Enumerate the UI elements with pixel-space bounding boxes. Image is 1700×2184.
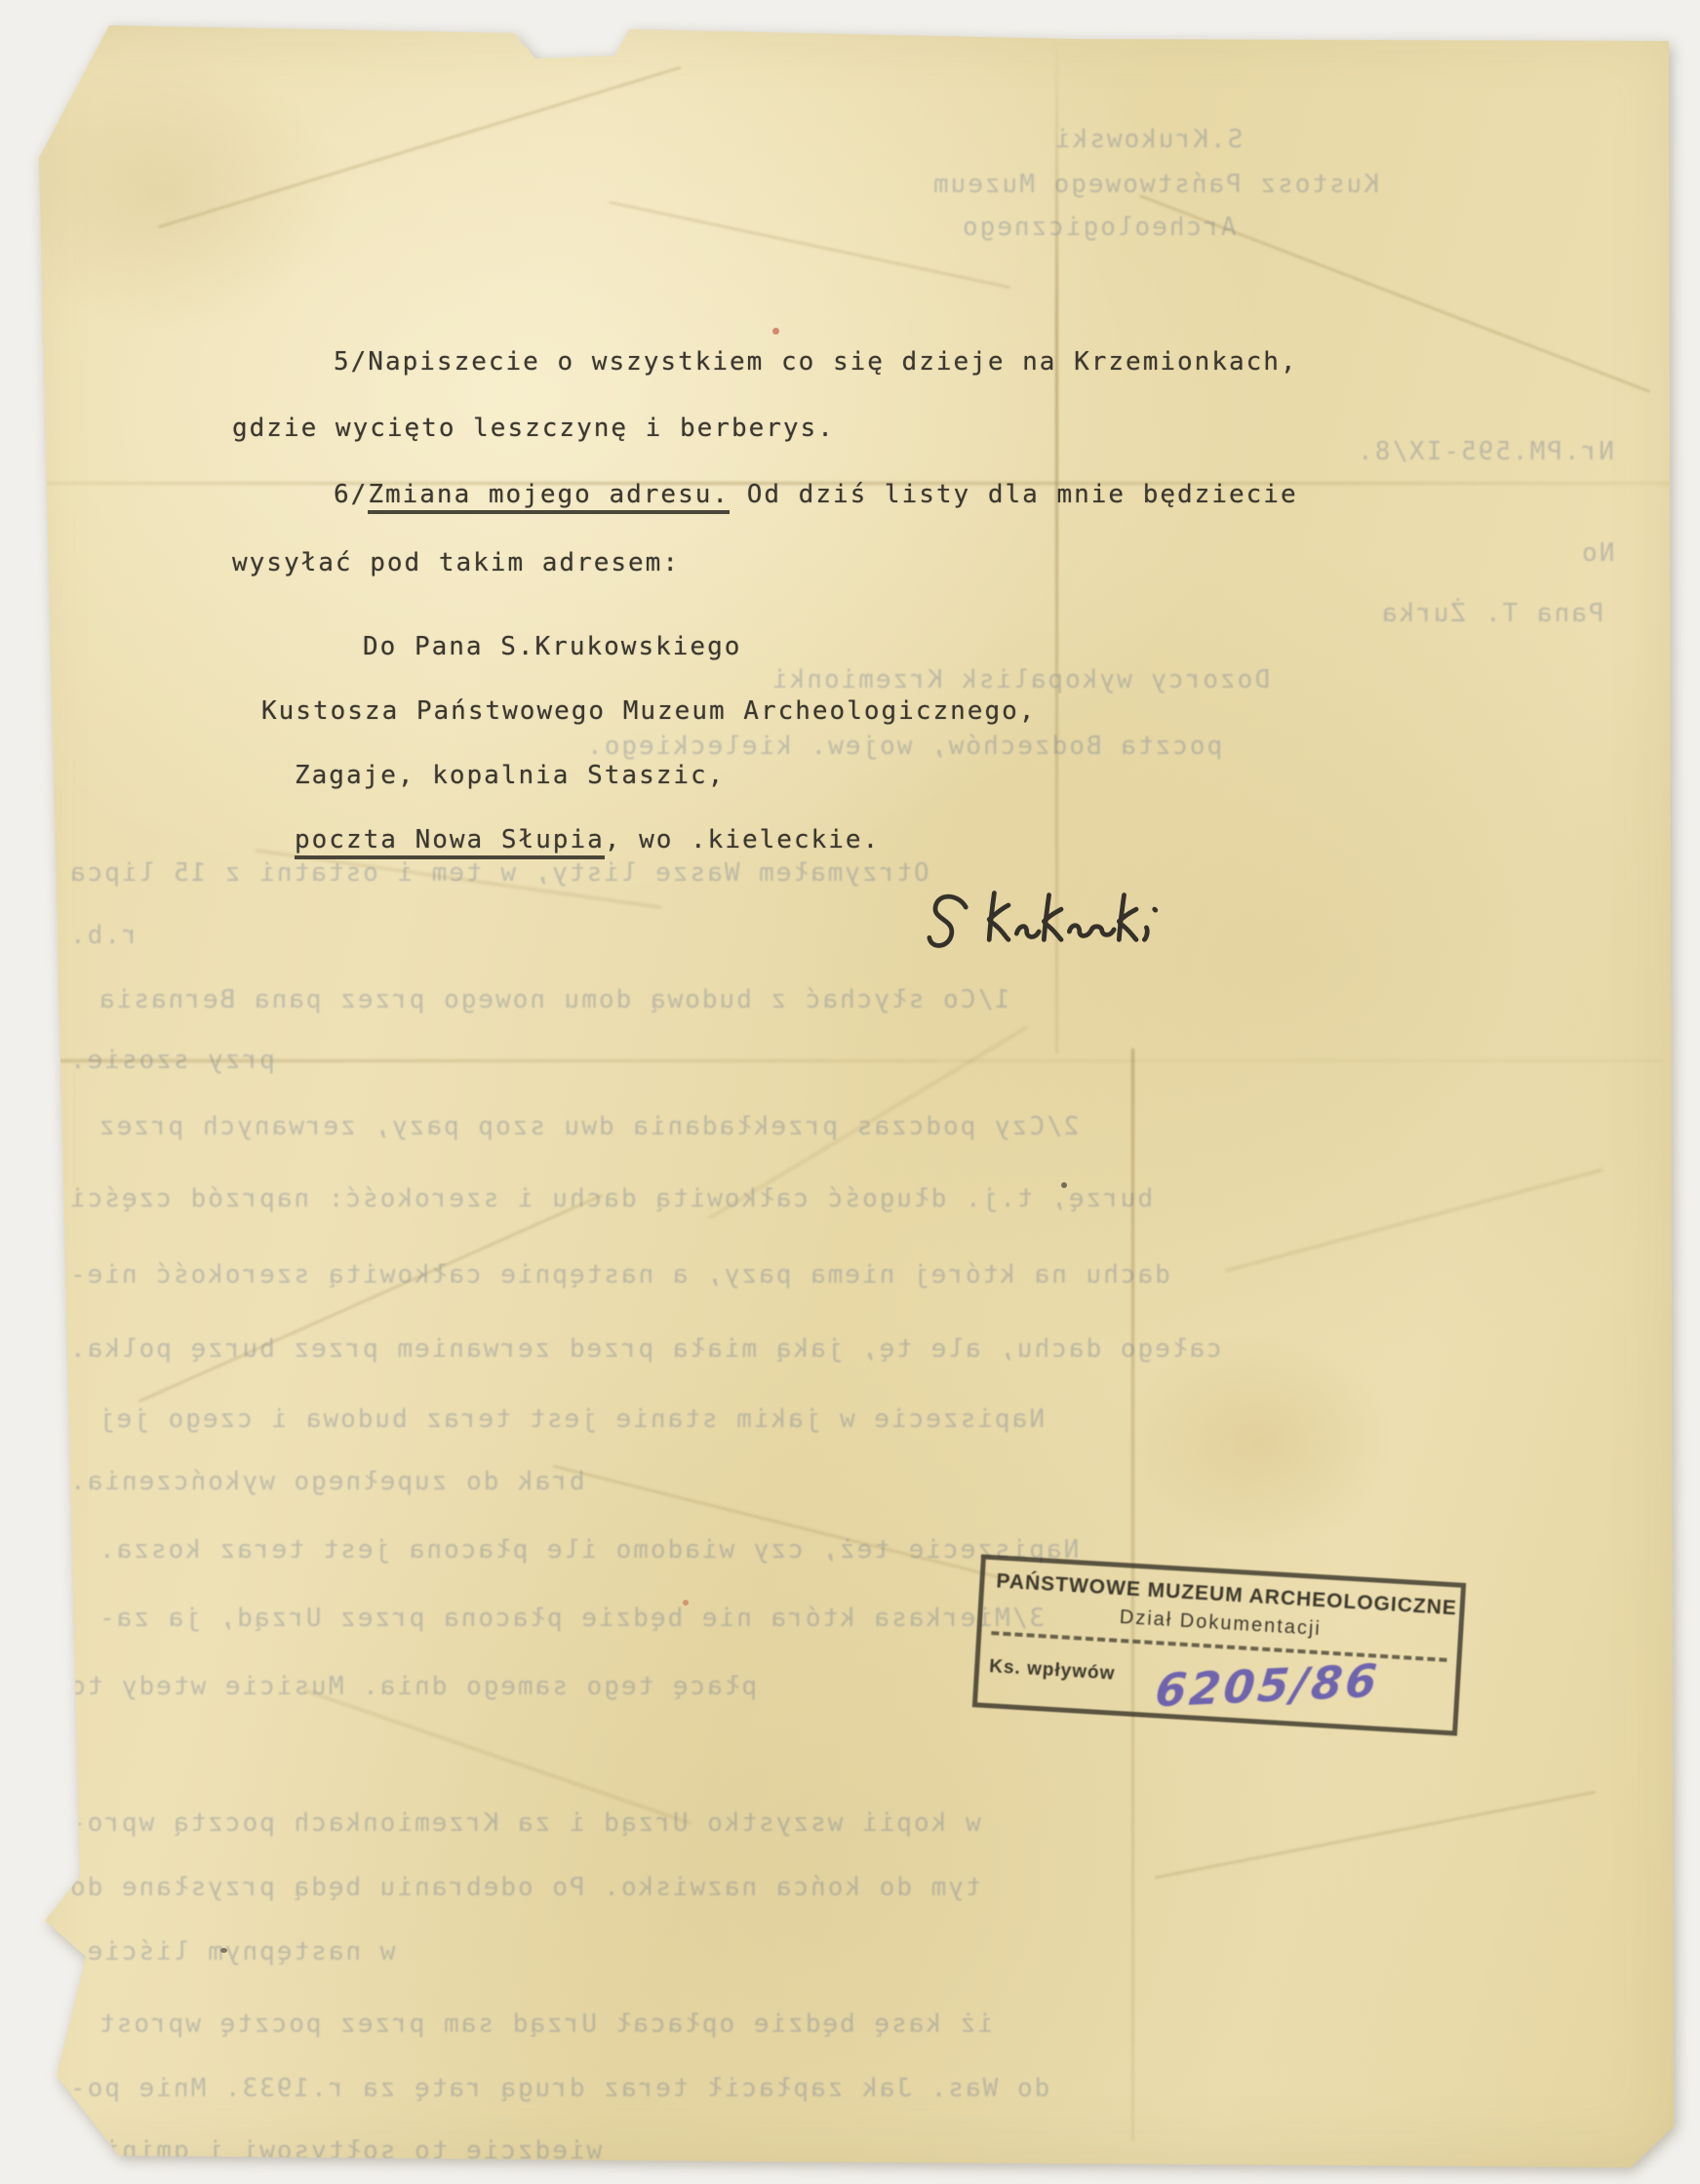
bleedthrough-line: S.Krukowski: [1053, 125, 1243, 154]
bleedthrough-line: Nr.PM.595-IX/8.: [1356, 437, 1614, 466]
typed-line: gdzie wycięto leszczynę i berberys.: [232, 414, 835, 443]
bleedthrough-line: 2/Czy podczas przekładania dwu szop pazy…: [98, 1112, 1079, 1141]
typed-underlined-text: Zmiana mojego adresu.: [368, 480, 730, 514]
bleedthrough-line: iż kasę będzie opłacał Urząd sam przez p…: [98, 2009, 993, 2039]
bleedthrough-line: Kustosz Państwowego Muzeum: [931, 170, 1379, 199]
typed-line: 5/Napiszecie o wszystkiem co się dzieje …: [334, 347, 1298, 377]
bleedthrough-line: 3/Mierkasa która nie będzie płacona prze…: [98, 1604, 1045, 1633]
bleedthrough-line: w następnym liście.: [68, 1937, 395, 1966]
typed-text: Zagaje, kopalnia Staszic,: [295, 761, 725, 790]
typed-underlined-text: poczta Nowa Słupia: [295, 825, 605, 859]
bleedthrough-line: Otrzymałem Wasze listy, w tem i ostatni …: [68, 858, 929, 888]
paper-crease: [1155, 1791, 1596, 1879]
stamp-register-label: Ks. wpływów: [989, 1643, 1117, 1686]
bleedthrough-line: do Was. Jak zapłacił teraz drugą ratę za…: [68, 2074, 1049, 2103]
bleedthrough-line: poczta Bodzechów, wojew. kieleckiego.: [585, 732, 1222, 761]
paper-crease: [44, 1059, 1663, 1062]
typed-text: 6/: [334, 480, 368, 509]
bleedthrough-line: Napiszecie też, czy wiadomo ile płacona …: [98, 1535, 1079, 1565]
handwritten-signature: S Krukowski: [919, 881, 1202, 982]
typed-line: Do Pana S.Krukowskiego: [363, 632, 741, 661]
bleedthrough-line: wiedzcie to sołtysowi i gminie.: [68, 2136, 602, 2165]
typed-text: Od dziś listy dla mnie będziecie: [730, 480, 1298, 509]
bleedthrough-line: tym do końca nazwisko. Po odebraniu będą…: [68, 1873, 981, 1902]
typed-line: wysyłać pod takim adresem:: [232, 548, 680, 577]
stamp-inventory-number: 6205/86: [1153, 1654, 1382, 1718]
paper-crease: [303, 1689, 692, 1825]
typed-text: Do Pana S.Krukowskiego: [363, 632, 741, 661]
typed-line: poczta Nowa Słupia, wo .kieleckie.: [295, 825, 880, 854]
museum-stamp: PAŃSTWOWE MUZEUM ARCHEOLOGICZNE Dział Do…: [972, 1554, 1466, 1735]
bleedthrough-line: Pana T. Żurka: [1380, 599, 1604, 628]
typed-text: gdzie wycięto leszczynę i berberys.: [232, 414, 835, 443]
typed-text: 5/Napiszecie o wszystkiem co się dzieje …: [334, 347, 1298, 377]
scanned-letter-page: S.KrukowskiKustosz Państwowego MuzeumArc…: [0, 0, 1700, 2184]
paper-crease: [609, 201, 1009, 288]
bleedthrough-line: burzę, t.j. długość całkowitą dachu i sz…: [68, 1184, 1153, 1213]
paper-crease: [158, 66, 681, 228]
bleedthrough-line: całego dachu, ale tę, jaką miała przed z…: [68, 1334, 1222, 1364]
bleedthrough-line: Napiszecie w jakim stanie jest teraz bud…: [98, 1405, 1045, 1434]
bleedthrough-line: płacę tego samego dnia. Musicie wtedy to: [68, 1672, 757, 1701]
letter-paper: S.KrukowskiKustosz Państwowego MuzeumArc…: [0, 0, 1700, 2184]
typed-text: , wo .kieleckie.: [605, 825, 880, 854]
bleedthrough-line: dachu na której niema pazy, a następnie …: [68, 1260, 1170, 1290]
paper-crease: [138, 1194, 603, 1402]
bleedthrough-line: 1/Co słychać z budową domu nowego przez …: [98, 985, 1010, 1014]
red-ink-speck: [772, 328, 779, 335]
typed-text: Kustosza Państwowego Muzeum Archeologicz…: [261, 696, 1036, 726]
bleedthrough-line: Archeologicznego: [961, 213, 1236, 242]
typed-text: wysyłać pod takim adresem:: [232, 548, 680, 577]
bleedthrough-line: przy szosie.: [68, 1046, 275, 1075]
typed-line: Kustosza Państwowego Muzeum Archeologicz…: [261, 696, 1036, 726]
bleedthrough-line: brak do zupełnego wykończenia.: [68, 1467, 585, 1496]
typed-line: Zagaje, kopalnia Staszic,: [295, 761, 725, 790]
bleedthrough-line: Dozorcy wykopalisk Krzemionki: [771, 665, 1270, 695]
typed-line: 6/Zmiana mojego adresu. Od dziś listy dl…: [334, 480, 1298, 509]
paper-shadow-wrapper: S.KrukowskiKustosz Państwowego MuzeumArc…: [0, 0, 1700, 2184]
bleedthrough-line: r.b.: [68, 921, 138, 950]
bleedthrough-line: w kopii wszystko Urząd i za Krzemionkach…: [68, 1808, 981, 1838]
paper-crease: [1226, 1169, 1603, 1271]
bleedthrough-line: No: [1580, 538, 1614, 568]
